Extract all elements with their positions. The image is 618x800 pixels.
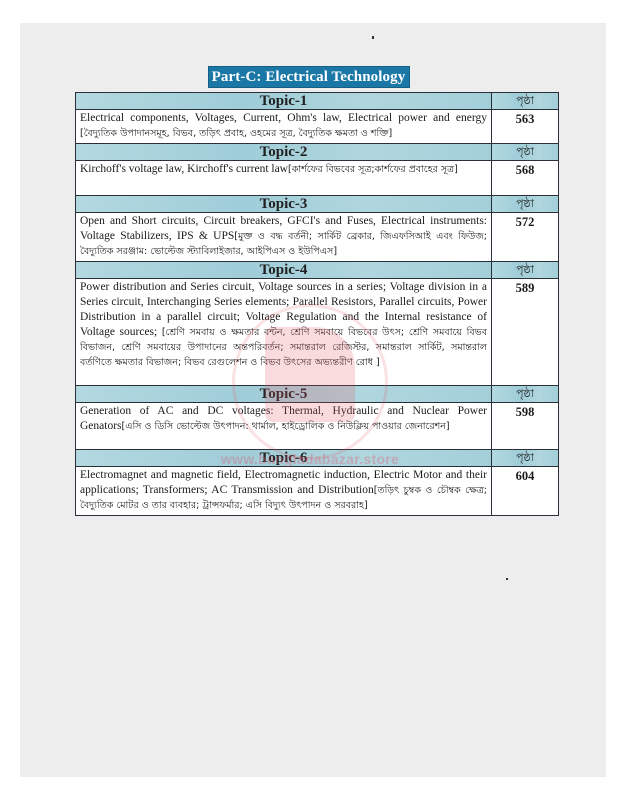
topic-page-number: 589 [492, 279, 559, 386]
page-column-label: পৃষ্ঠা [492, 93, 559, 110]
topic-heading: Topic-6 [76, 450, 492, 467]
topic-heading: Topic-5 [76, 386, 492, 403]
page-column-label: পৃষ্ঠা [492, 386, 559, 403]
topic-description-english: Kirchoff's voltage law, Kirchoff's curre… [80, 163, 288, 175]
topic-heading: Topic-2 [76, 144, 492, 161]
page-column-label: পৃষ্ঠা [492, 450, 559, 467]
topic-page-number: 563 [492, 110, 559, 144]
topic-description: Generation of AC and DC voltages: Therma… [76, 403, 492, 450]
title-container: Part-C: Electrical Technology [0, 66, 618, 88]
topic-description-bengali: [কার্শফের বিভবের সূত্র;কার্শফের প্রবাহের… [288, 164, 458, 175]
topic-heading: Topic-3 [76, 196, 492, 213]
scan-speck [372, 36, 374, 39]
topic-header-row: Topic-2পৃষ্ঠা [76, 144, 559, 161]
topics-table: Topic-1পৃষ্ঠাElectrical components, Volt… [75, 92, 559, 516]
topic-description-bengali: [বৈদ্যুতিক উপাদানসমূহ, বিভব, তড়িৎ প্রবা… [80, 128, 392, 139]
topic-content-row: Power distribution and Series circuit, V… [76, 279, 559, 386]
page-column-label: পৃষ্ঠা [492, 196, 559, 213]
page-column-label: পৃষ্ঠা [492, 262, 559, 279]
section-title: Part-C: Electrical Technology [208, 66, 411, 88]
topic-description-english: Electrical components, Voltages, Current… [80, 112, 487, 124]
topic-content-row: Generation of AC and DC voltages: Therma… [76, 403, 559, 450]
topic-description: Power distribution and Series circuit, V… [76, 279, 492, 386]
topic-description-bengali: [এসি ও ডিসি ভোল্টেজ উৎপাদন: থার্মাল, হাই… [122, 421, 450, 432]
topic-content-row: Open and Short circuits, Circuit breaker… [76, 213, 559, 262]
topic-header-row: Topic-6পৃষ্ঠা [76, 450, 559, 467]
scan-speck [506, 578, 508, 580]
topic-page-number: 568 [492, 161, 559, 196]
topic-page-number: 572 [492, 213, 559, 262]
topic-description: Open and Short circuits, Circuit breaker… [76, 213, 492, 262]
topic-header-row: Topic-1পৃষ্ঠা [76, 93, 559, 110]
topic-page-number: 604 [492, 467, 559, 516]
topic-description: Electromagnet and magnetic field, Electr… [76, 467, 492, 516]
topic-content-row: Electrical components, Voltages, Current… [76, 110, 559, 144]
page-column-label: পৃষ্ঠা [492, 144, 559, 161]
topic-content-row: Electromagnet and magnetic field, Electr… [76, 467, 559, 516]
topic-content-row: Kirchoff's voltage law, Kirchoff's curre… [76, 161, 559, 196]
topic-description: Electrical components, Voltages, Current… [76, 110, 492, 144]
topic-description: Kirchoff's voltage law, Kirchoff's curre… [76, 161, 492, 196]
topic-header-row: Topic-3পৃষ্ঠা [76, 196, 559, 213]
topic-heading: Topic-1 [76, 93, 492, 110]
topic-page-number: 598 [492, 403, 559, 450]
topic-header-row: Topic-4পৃষ্ঠা [76, 262, 559, 279]
topic-header-row: Topic-5পৃষ্ঠা [76, 386, 559, 403]
topic-heading: Topic-4 [76, 262, 492, 279]
